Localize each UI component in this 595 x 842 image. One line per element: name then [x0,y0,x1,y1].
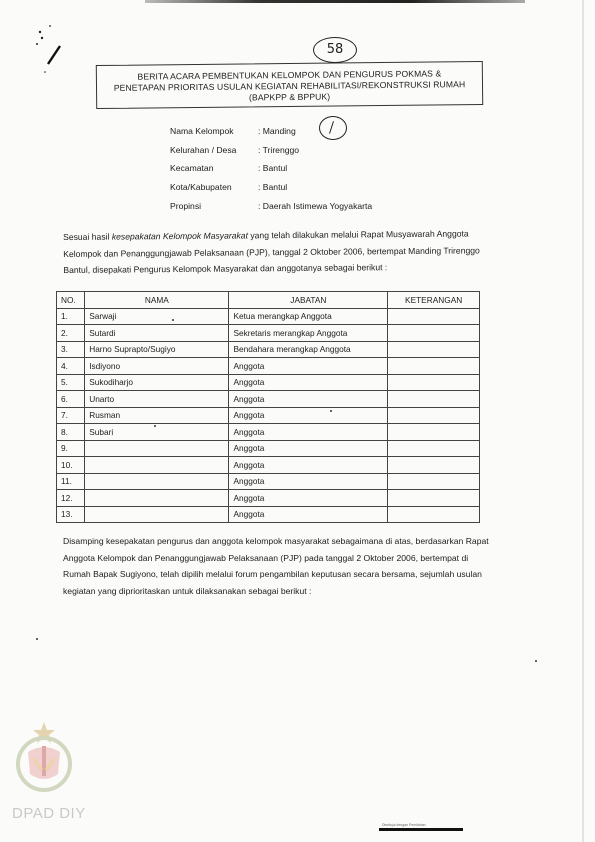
priority-line-2: Anggota Kelompok dan Penanggungjawab Pel… [63,550,563,567]
cell-keterangan [388,308,480,325]
cell-no: 11. [57,473,85,490]
table-row: 8.SubariAnggota [57,424,480,441]
info-value: : Trirenggo [258,145,299,155]
cell-keterangan [388,407,480,424]
cell-no: 8. [57,424,85,441]
cell-nama [85,490,229,507]
info-label: Kecamatan [170,163,258,173]
header-jabatan: JABATAN [229,292,388,309]
cell-keterangan [388,358,480,375]
cell-nama [85,457,229,474]
header-nama: NAMA [85,292,229,309]
document-title-box: BERITA ACARA PEMBENTUKAN KELOMPOK DAN PE… [96,61,483,109]
cell-no: 7. [57,407,85,424]
cell-no: 6. [57,391,85,408]
cell-jabatan: Anggota [229,391,388,408]
info-label: Kota/Kabupaten [170,182,258,192]
cell-keterangan [388,490,480,507]
cell-nama [85,440,229,457]
cell-no: 5. [57,374,85,391]
header-no: NO. [57,292,85,309]
intro-emphasis: kesepakatan Kelompok Masyarakat [112,230,248,241]
info-row-propinsi: Propinsi : Daerah Istimewa Yogyakarta [170,196,372,215]
cell-jabatan: Ketua merangkap Anggota [229,308,388,325]
intro-rest: yang telah dilakukan melalui Rapat Musya… [248,228,469,240]
cell-jabatan: Anggota [229,407,388,424]
priority-line-4: kegiatan yang diprioritaskan untuk dilak… [63,583,563,600]
table-row: 13.Anggota [57,506,480,523]
table-header-row: NO. NAMA JABATAN KETERANGAN [57,292,480,309]
table-row: 12.Anggota [57,490,480,507]
cell-jabatan: Anggota [229,440,388,457]
info-label: Nama Kelompok [170,126,258,136]
cell-keterangan [388,424,480,441]
cell-keterangan [388,473,480,490]
cell-no: 4. [57,358,85,375]
cell-jabatan: Anggota [229,374,388,391]
info-row-kelurahan: Kelurahan / Desa : Trirenggo [170,141,372,160]
intro-line-3: Bantul, disepakati Pengurus Kelompok Mas… [63,258,563,279]
table-row: 3.Harno Suprapto/SugiyoBendahara merangk… [57,341,480,358]
info-label: Propinsi [170,201,258,211]
info-value: : Daerah Istimewa Yogyakarta [258,201,372,211]
priority-paragraph: Disamping kesepakatan pengurus dan anggo… [63,533,563,599]
members-table: NO. NAMA JABATAN KETERANGAN 1.SarwajiKet… [56,291,480,523]
cell-keterangan [388,440,480,457]
cell-keterangan [388,391,480,408]
cell-keterangan [388,506,480,523]
cell-nama: Sutardi [85,325,229,342]
table-row: 5.SukodiharjoAnggota [57,374,480,391]
info-row-kota: Kota/Kabupaten : Bantul [170,178,372,197]
cell-nama [85,506,229,523]
cell-no: 12. [57,490,85,507]
cell-jabatan: Anggota [229,490,388,507]
header-keterangan: KETERANGAN [388,292,480,309]
scan-edge-shadow [145,0,525,3]
table-row: 6.UnartoAnggota [57,391,480,408]
signature-line [379,828,463,831]
handwritten-mark [30,20,80,80]
scan-speck [172,319,174,321]
intro-prefix: Sesuai hasil [63,232,112,242]
table-row: 1.SarwajiKetua merangkap Anggota [57,308,480,325]
table-row: 11.Anggota [57,473,480,490]
info-value: : Bantul [258,182,287,192]
info-row-kecamatan: Kecamatan : Bantul [170,159,372,178]
scan-speck [330,410,332,412]
cell-jabatan: Sekretaris merangkap Anggota [229,325,388,342]
scan-right-edge [582,0,584,842]
cell-keterangan [388,325,480,342]
info-value: : Bantul [258,163,287,173]
cell-nama: Isdiyono [85,358,229,375]
table-row: 4.IsdiyonoAnggota [57,358,480,375]
cell-nama: Rusman [85,407,229,424]
cell-no: 1. [57,308,85,325]
priority-line-1: Disamping kesepakatan pengurus dan anggo… [63,533,563,550]
cell-no: 13. [57,506,85,523]
watermark-text: DPAD DIY [12,805,86,822]
cell-jabatan: Anggota [229,457,388,474]
signature-caption: Disetujui dengan Pemilahan [382,823,426,827]
government-emblem-icon [14,722,74,792]
priority-line-3: Rumah Bapak Sugiyono, telah dipilih mela… [63,566,563,583]
page-number-handwritten: 58 [313,37,357,63]
cell-nama: Unarto [85,391,229,408]
table-row: 9.Anggota [57,440,480,457]
cell-keterangan [388,457,480,474]
cell-nama [85,473,229,490]
cell-jabatan: Anggota [229,424,388,441]
table-row: 2.SutardiSekretaris merangkap Anggota [57,325,480,342]
scan-speck [36,638,38,640]
cell-no: 9. [57,440,85,457]
handwritten-group-number [319,116,347,140]
info-value: : Manding [258,126,296,136]
cell-nama: Sukodiharjo [85,374,229,391]
intro-paragraph: Sesuai hasil kesepakatan Kelompok Masyar… [63,225,563,279]
cell-no: 2. [57,325,85,342]
table-row: 7.RusmanAnggota [57,407,480,424]
cell-keterangan [388,341,480,358]
cell-keterangan [388,374,480,391]
cell-jabatan: Anggota [229,506,388,523]
cell-nama: Subari [85,424,229,441]
scan-speck [154,425,156,427]
cell-jabatan: Anggota [229,358,388,375]
table-row: 10.Anggota [57,457,480,474]
cell-no: 10. [57,457,85,474]
info-label: Kelurahan / Desa [170,145,258,155]
cell-nama: Sarwaji [85,308,229,325]
cell-no: 3. [57,341,85,358]
cell-nama: Harno Suprapto/Sugiyo [85,341,229,358]
cell-jabatan: Bendahara merangkap Anggota [229,341,388,358]
cell-jabatan: Anggota [229,473,388,490]
scan-speck [535,660,537,662]
